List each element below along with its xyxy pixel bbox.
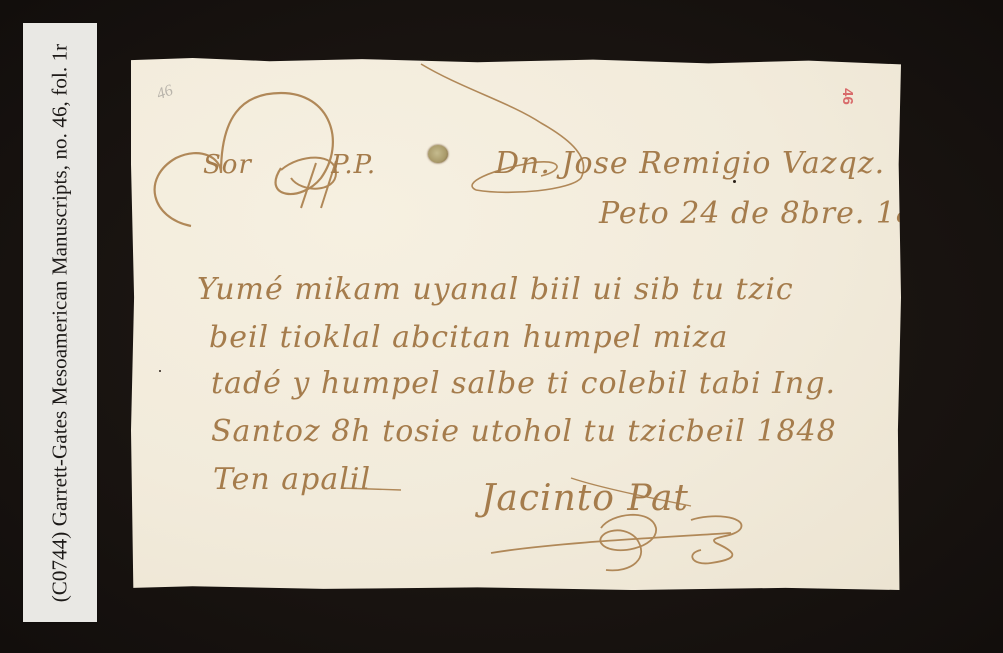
catalog-label-text: (C0744) Garrett-Gates Mesoamerican Manus…: [48, 43, 73, 602]
paper-speck: [159, 370, 161, 372]
signature-rubric-left: [600, 515, 656, 571]
title-abbrev: P.P.: [331, 150, 376, 180]
manuscript-page: 46 46 Sor P.P. Dn. Jose Remigio Vazqz. P…: [131, 58, 901, 590]
body-line-2: beil tioklal abcitan humpel miza: [209, 320, 728, 355]
body-line-5: Ten apalil: [213, 462, 371, 497]
body-line-3: tadé y humpel salbe ti colebil tabi Ing.: [211, 366, 836, 401]
signature-rubric-right: [691, 516, 741, 563]
addressee-line: Dn. Jose Remigio Vazqz.: [495, 146, 885, 181]
catalog-label: (C0744) Garrett-Gates Mesoamerican Manus…: [23, 23, 97, 622]
pencil-annotation: 46: [154, 82, 175, 104]
body-line-1: Yumé mikam uyanal biil ui sib tu tzic: [197, 272, 794, 307]
salutation: Sor P.P.: [203, 150, 376, 180]
signature-underline: [491, 533, 731, 553]
ink-blot-hole: [428, 145, 448, 163]
red-folio-number: 46: [839, 88, 856, 105]
body-line-4: Santoz 8h tosie utohol tu tzicbeil 1848: [211, 414, 837, 449]
signature: Jacinto Pat: [481, 478, 689, 519]
salutation-word: Sor: [203, 150, 252, 180]
